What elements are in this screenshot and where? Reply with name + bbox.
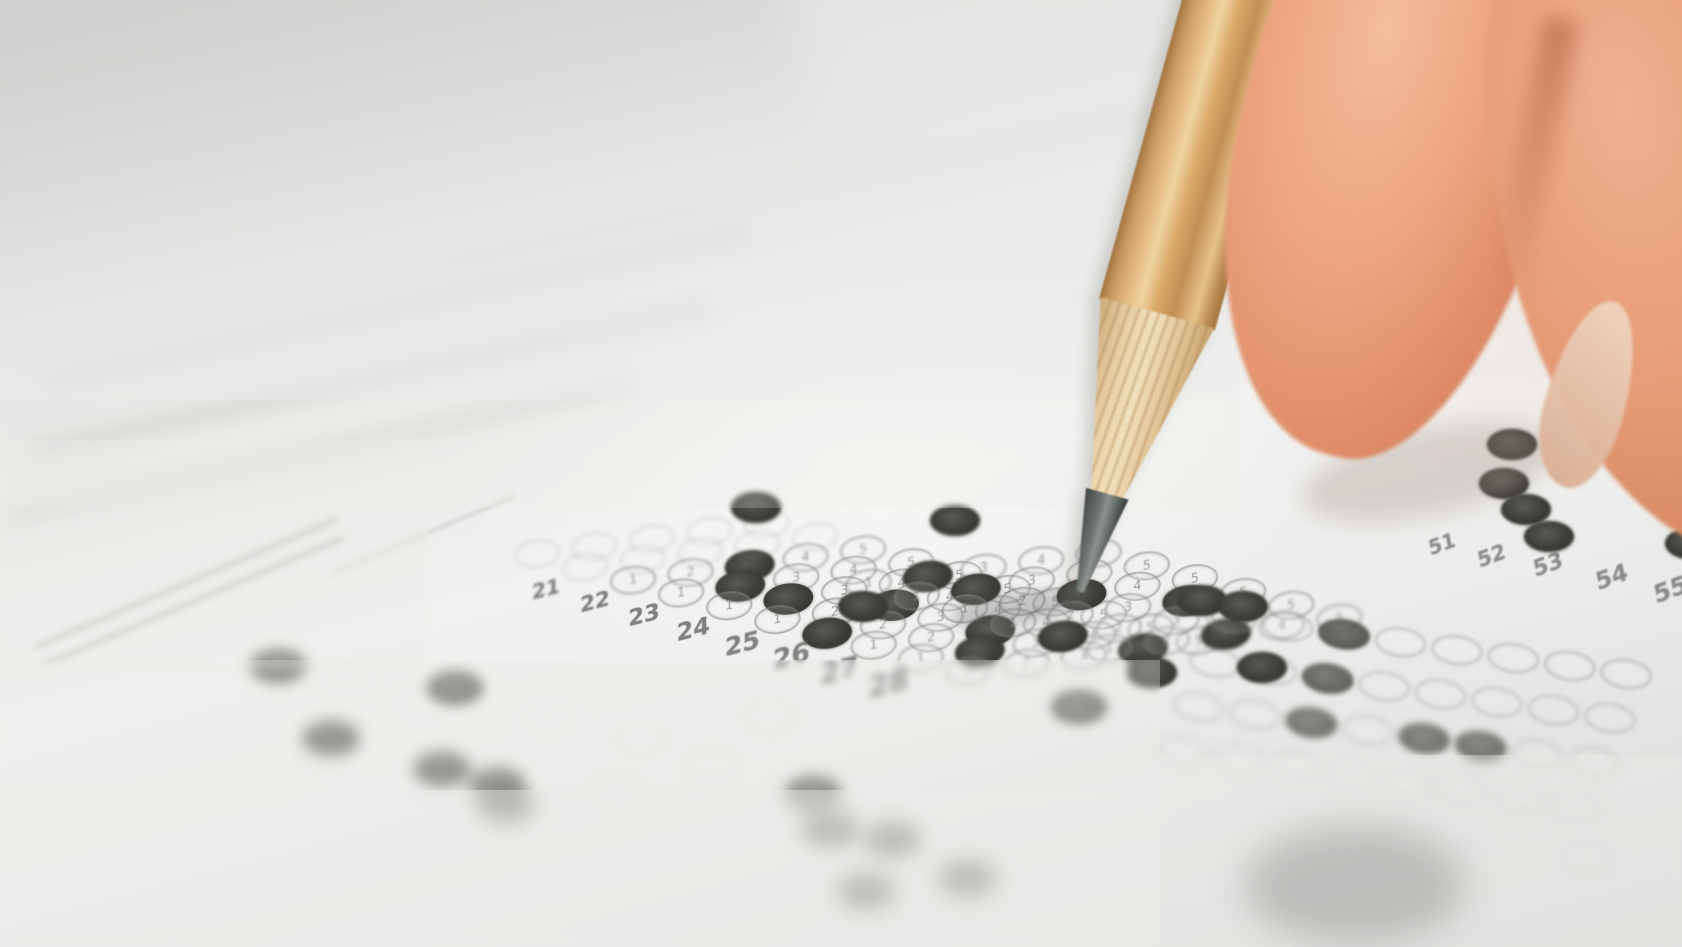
photo-canvas: 2112452213452313452412452523452612452713… (0, 0, 1682, 947)
hand (0, 0, 1682, 947)
